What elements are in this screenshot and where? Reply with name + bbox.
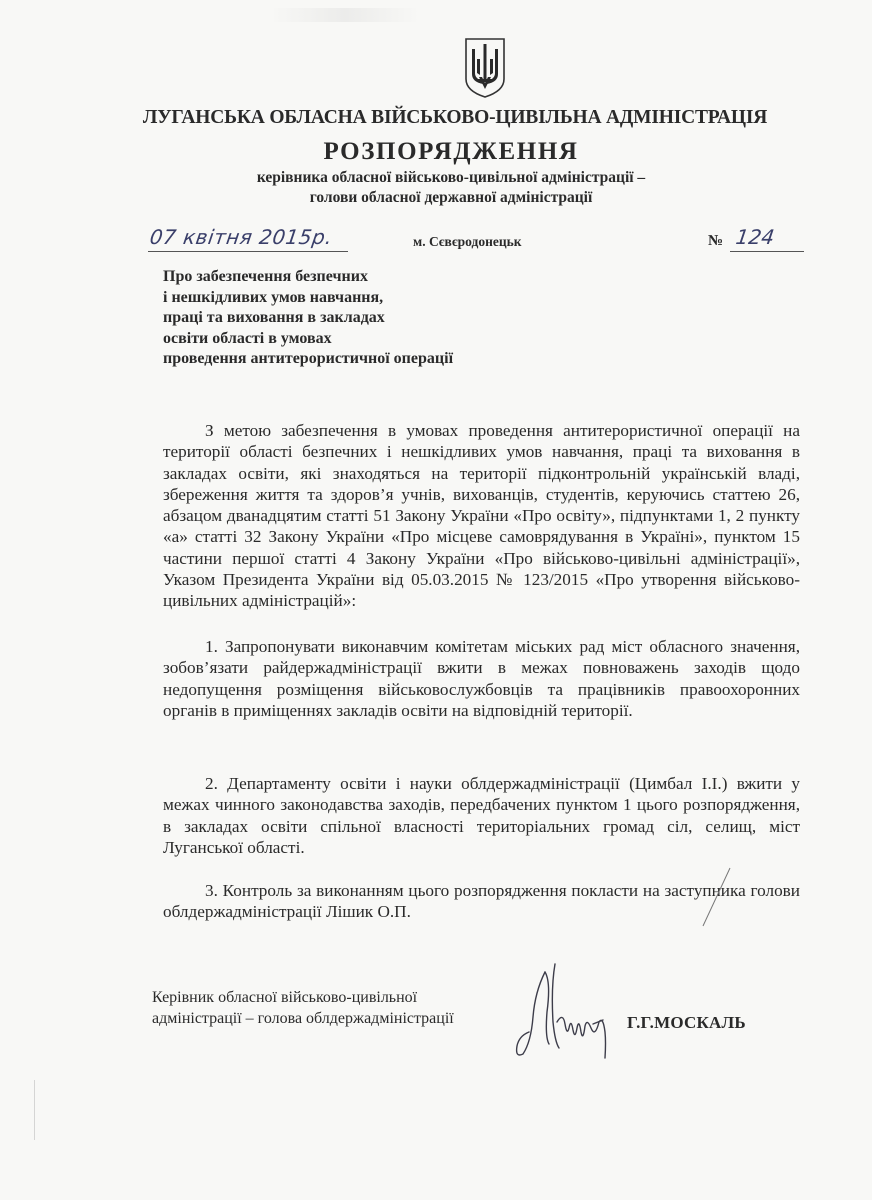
handwritten-signature (505, 962, 625, 1067)
handwritten-date: 07 квітня 2015р. (148, 225, 334, 249)
scan-artifact-line (34, 1080, 35, 1140)
subject-line: проведення антитерористичної операції (163, 349, 453, 370)
city-label: м. Сєвєродонецьк (413, 234, 522, 250)
role-line: адміністрації – голова облдержадміністра… (152, 1008, 454, 1029)
subject-line: праці та виховання в закладах (163, 308, 453, 329)
pen-stroke-mark (625, 866, 735, 976)
subject-line: освіти області в умовах (163, 329, 453, 350)
subject-line: і нешкідливих умов навчання, (163, 288, 453, 309)
signatory-name: Г.Г.МОСКАЛЬ (627, 1013, 746, 1033)
document-page: ЛУГАНСЬКА ОБЛАСНА ВІЙСЬКОВО-ЦИВІЛЬНА АДМ… (0, 0, 872, 1200)
order-item-1: 1. Запропонувати виконавчим комітетам мі… (163, 636, 800, 721)
preamble-paragraph: З метою забезпечення в умовах проведення… (163, 420, 800, 612)
scan-artifact (270, 8, 420, 22)
order-item-text: 1. Запропонувати виконавчим комітетам мі… (163, 637, 800, 720)
document-type-heading: РОЗПОРЯДЖЕННЯ (0, 138, 872, 166)
subject-line: Про забезпечення безпечних (163, 267, 453, 288)
handwritten-number: 124 (734, 225, 776, 249)
trident-emblem-icon (464, 37, 506, 99)
subtitle-line: керівника обласної військово-цивільної а… (30, 168, 872, 188)
subtitle-line: голови обласної державної адміністрації (30, 188, 872, 208)
number-underline (730, 251, 804, 252)
order-item-text: 2. Департаменту освіти і науки облдержад… (163, 774, 800, 857)
date-underline (148, 251, 348, 252)
order-item-2: 2. Департаменту освіти і науки облдержад… (163, 773, 800, 858)
organization-title: ЛУГАНСЬКА ОБЛАСНА ВІЙСЬКОВО-ЦИВІЛЬНА АДМ… (0, 107, 872, 129)
signatory-role: Керівник обласної військово-цивільної ад… (152, 987, 454, 1029)
role-line: Керівник обласної військово-цивільної (152, 987, 454, 1008)
preamble-text: З метою забезпечення в умовах проведення… (163, 421, 800, 610)
number-label: № (708, 233, 723, 250)
subject-heading: Про забезпечення безпечних і нешкідливих… (163, 267, 453, 370)
document-subtitle: керівника обласної військово-цивільної а… (0, 168, 872, 208)
